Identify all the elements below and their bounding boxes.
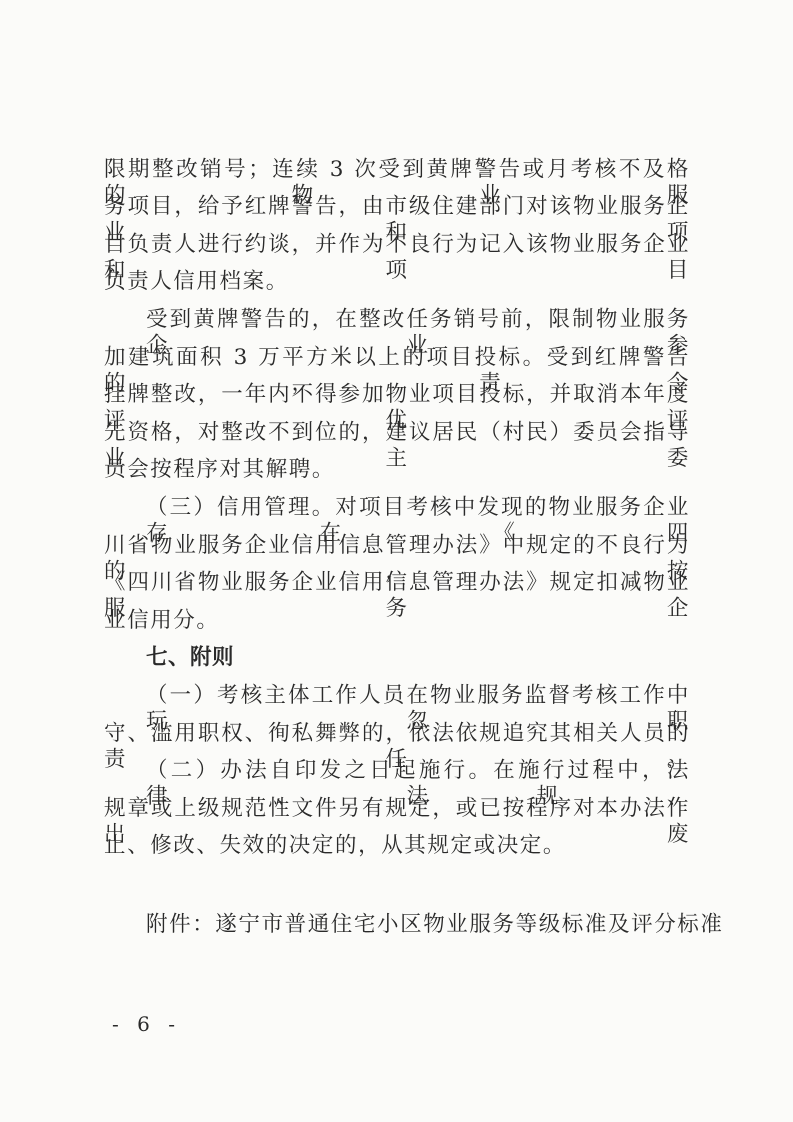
paragraph-line: 员会按程序对其解聘。	[104, 457, 690, 483]
paragraph-line: 业信用分。	[104, 608, 690, 634]
document-page: 限期整改销号；连续 3 次受到黄牌警告或月考核不及格的物业服 务项目，给予红牌警…	[0, 0, 793, 1122]
paragraph-line: 负责人信用档案。	[104, 269, 690, 295]
section-heading: 七、附则	[146, 645, 690, 671]
page-number: - 6 -	[112, 1012, 181, 1036]
paragraph-line: 止、修改、失效的决定的，从其规定或决定。	[104, 833, 690, 859]
attachment-note: 附件：遂宁市普通住宅小区物业服务等级标准及评分标准	[146, 912, 690, 938]
